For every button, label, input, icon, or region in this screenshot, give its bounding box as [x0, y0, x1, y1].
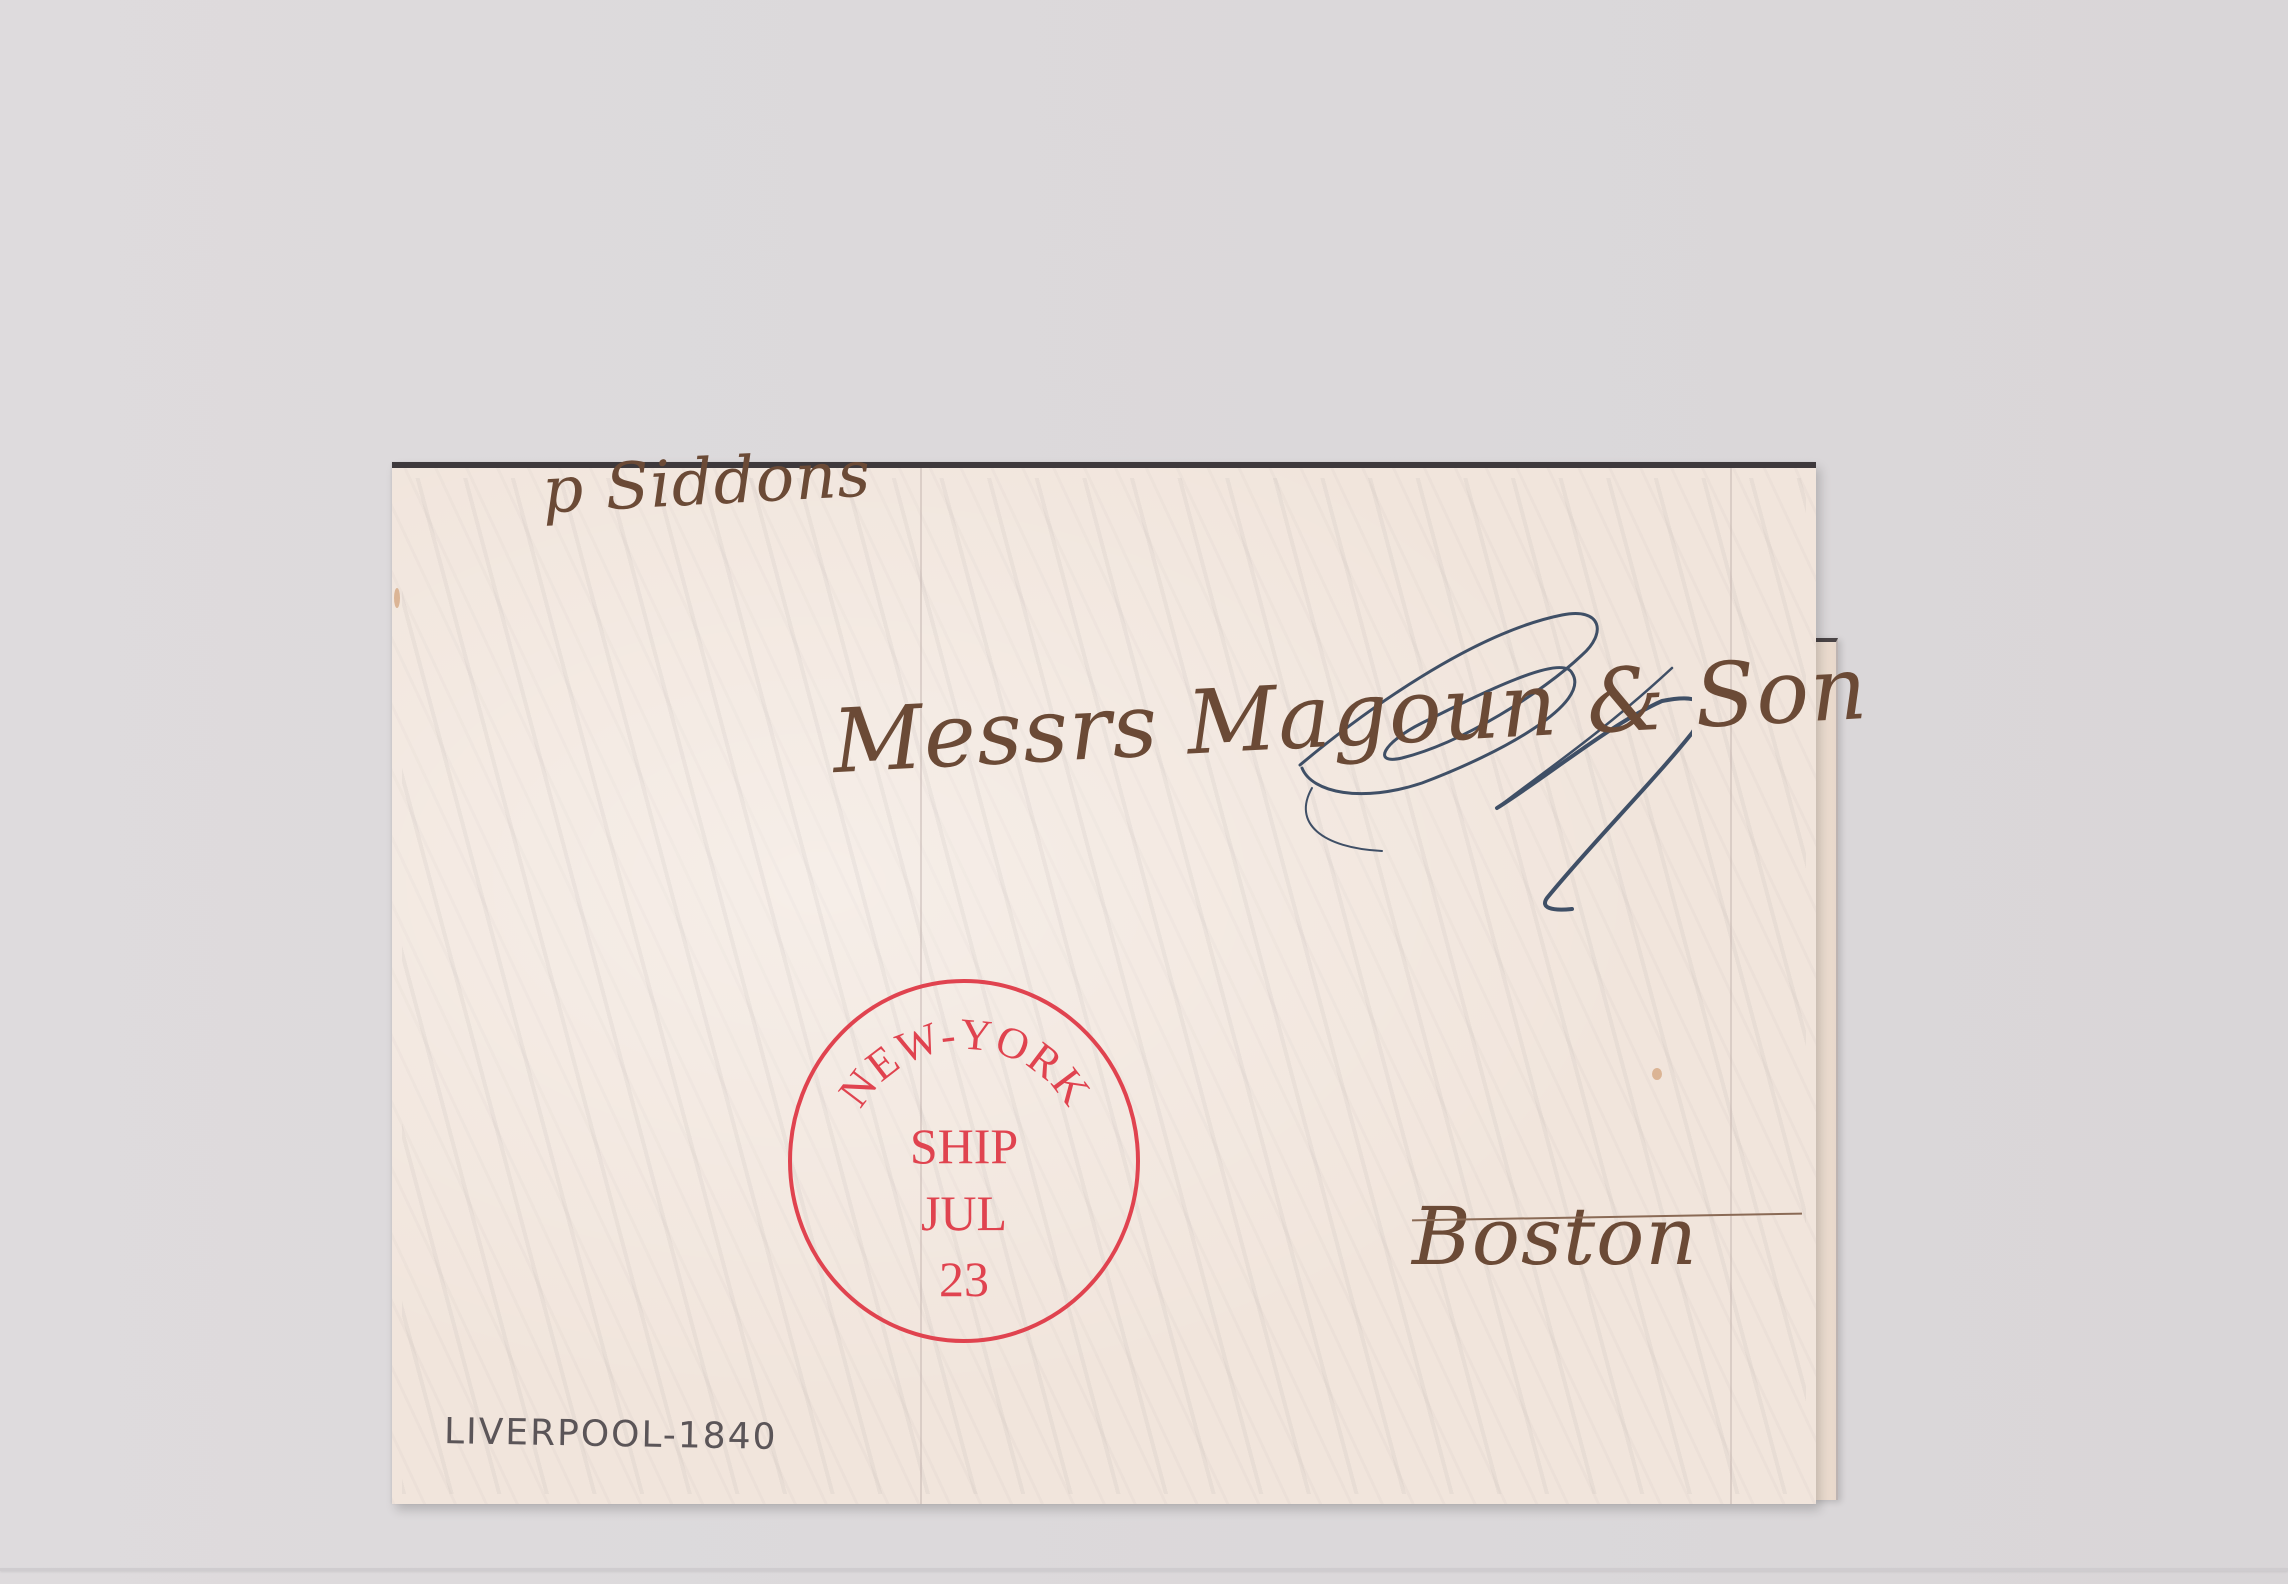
postmark-month: JUL: [921, 1185, 1007, 1241]
foxing-spot: [394, 588, 400, 608]
postmark-day: 23: [939, 1251, 989, 1307]
svg-text:NEW-YORK: NEW-YORK: [829, 1009, 1101, 1115]
fold-line: [1730, 468, 1732, 1504]
postmark-ship: SHIP: [910, 1118, 1018, 1174]
destination-city: Boston: [1412, 1190, 1698, 1283]
ship-endorsement: p Siddons: [540, 437, 873, 528]
pencil-annotation: LIVERPOOL-1840: [444, 1411, 778, 1458]
new-york-ship-postmark: NEW-YORK SHIP JUL 23: [784, 978, 1144, 1344]
folded-letter-cover: p Siddons Messrs Magoun & Son Boston NEW…: [392, 462, 1816, 1504]
album-sleeve-edge: [0, 1568, 2288, 1571]
foxing-spot: [1652, 1068, 1662, 1080]
